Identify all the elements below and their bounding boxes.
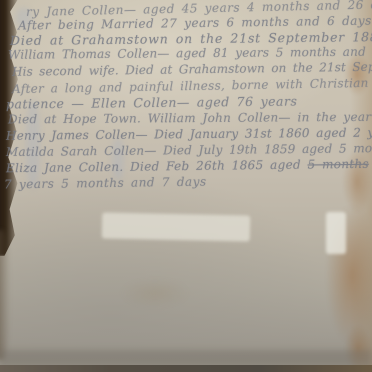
line-text: patience — Ellen Collen— aged 76 years: [6, 93, 297, 111]
page-bottom-shadow: [0, 350, 372, 366]
handwritten-line: 7 years 5 months and 7 days: [4, 175, 207, 192]
tape-residue: [102, 212, 251, 241]
tape-residue: [326, 212, 346, 254]
line-text: Eliza Jane Collen. Died Feb 26th 1865 ag…: [6, 158, 308, 176]
document-page-photo: ry Jane Collen— aged 45 years 4 months a…: [0, 0, 372, 372]
line-text-struck: 5 months: [307, 157, 369, 172]
handwritten-line: William Thomas Collen— aged 81 years 5 m…: [8, 44, 372, 62]
handwritten-line: Eliza Jane Collen. Died Feb 26th 1865 ag…: [6, 157, 369, 175]
handwritten-line: After a long and painful illness, borne …: [12, 76, 369, 96]
handwritten-line: Died at Hope Town. William John Collen— …: [8, 110, 372, 127]
line-text: Matilda Sarah Collen— Died July 19th 185…: [6, 141, 372, 159]
line-text: William Thomas Collen— aged 81 years 5 m…: [8, 44, 372, 62]
stain: [120, 278, 190, 308]
torn-binding-edge-lower: [0, 230, 10, 360]
handwritten-line: Matilda Sarah Collen— Died July 19th 185…: [6, 141, 372, 159]
handwritten-line: patience — Ellen Collen— aged 76 years: [6, 93, 297, 111]
line-text: Died at Hope Town. William John Collen— …: [8, 110, 372, 127]
line-text: Henry James Collen— Died January 31st 18…: [6, 125, 372, 142]
line-text: 7 years 5 months and 7 days: [4, 175, 207, 192]
handwritten-line: Henry James Collen— Died January 31st 18…: [6, 125, 372, 142]
line-text: After a long and painful illness, borne …: [12, 76, 369, 96]
page-bottom-edge: [0, 365, 372, 372]
